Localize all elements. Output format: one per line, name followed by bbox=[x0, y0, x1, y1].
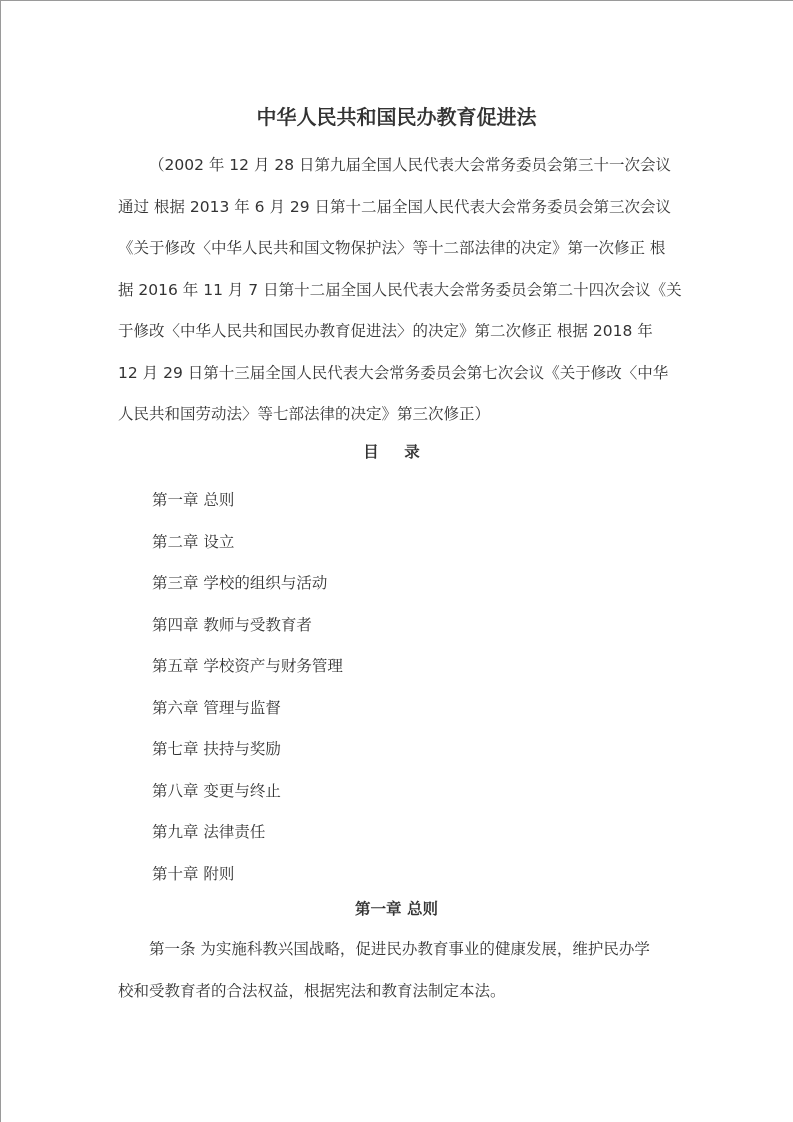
toc-item: 第六章 管理与监督 bbox=[152, 688, 343, 730]
document-title: 中华人民共和国民办教育促进法 bbox=[0, 103, 793, 131]
preamble-line: 人民共和国劳动法〉等七部法律的决定》第三次修正） bbox=[118, 394, 678, 436]
chapter-heading: 第一章 总则 bbox=[0, 897, 793, 919]
table-of-contents: 第一章 总则 第二章 设立 第三章 学校的组织与活动 第四章 教师与受教育者 第… bbox=[152, 480, 343, 895]
article-line: 校和受教育者的合法权益，根据宪法和教育法制定本法。 bbox=[118, 971, 678, 1013]
toc-item: 第十章 附则 bbox=[152, 854, 343, 896]
preamble-line: （2002 年 12 月 28 日第九届全国人民代表大会常务委员会第三十一次会议 bbox=[118, 145, 678, 187]
preamble-line: 12 月 29 日第十三届全国人民代表大会常务委员会第七次会议《关于修改〈中华 bbox=[118, 353, 678, 395]
toc-item: 第八章 变更与终止 bbox=[152, 771, 343, 813]
article-line: 第一条 为实施科教兴国战略，促进民办教育事业的健康发展，维护民办学 bbox=[118, 929, 678, 971]
toc-item: 第一章 总则 bbox=[152, 480, 343, 522]
toc-item: 第三章 学校的组织与活动 bbox=[152, 563, 343, 605]
article-1: 第一条 为实施科教兴国战略，促进民办教育事业的健康发展，维护民办学 校和受教育者… bbox=[118, 929, 678, 1012]
preamble-line: 《关于修改〈中华人民共和国文物保护法〉等十二部法律的决定》第一次修正 根 bbox=[118, 228, 678, 270]
toc-item: 第九章 法律责任 bbox=[152, 812, 343, 854]
toc-item: 第七章 扶持与奖励 bbox=[152, 729, 343, 771]
preamble-line: 于修改〈中华人民共和国民办教育促进法〉的决定》第二次修正 根据 2018 年 bbox=[118, 311, 678, 353]
toc-item: 第五章 学校资产与财务管理 bbox=[152, 646, 343, 688]
page-border-top bbox=[0, 0, 793, 1]
toc-item: 第四章 教师与受教育者 bbox=[152, 605, 343, 647]
page-border-left bbox=[0, 0, 1, 1122]
preamble-line: 通过 根据 2013 年 6 月 29 日第十二届全国人民代表大会常务委员会第三… bbox=[118, 187, 678, 229]
preamble: （2002 年 12 月 28 日第九届全国人民代表大会常务委员会第三十一次会议… bbox=[118, 145, 678, 436]
toc-item: 第二章 设立 bbox=[152, 522, 343, 564]
toc-heading: 目 录 bbox=[0, 440, 793, 462]
preamble-line: 据 2016 年 11 月 7 日第十二届全国人民代表大会常务委员会第二十四次会… bbox=[118, 270, 678, 312]
